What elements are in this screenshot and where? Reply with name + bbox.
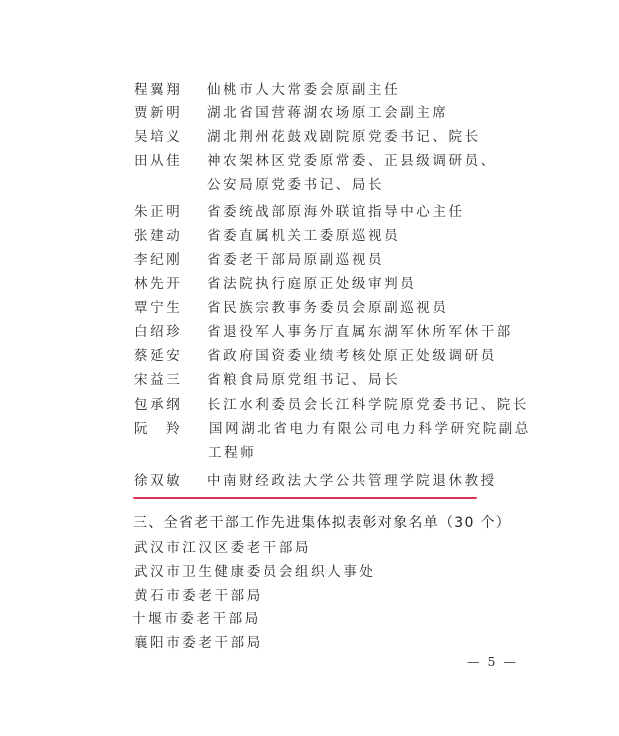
page-number: — 5 —: [467, 652, 518, 672]
document-page: 程翼翔 仙桃市人大常委会原副主任 贾新明 湖北省国营蒋湖农场原工会副主席 吴培义…: [0, 0, 619, 736]
honoree-name: 蔡延安: [134, 345, 204, 367]
honoree-title: 省委老干部局原副巡视员: [207, 249, 384, 271]
honoree-title: 省委直属机关工委原巡视员: [207, 225, 400, 247]
honoree-title: 省民族宗教事务委员会原副巡视员: [207, 297, 449, 319]
honoree-title: 神农架林区党委原常委、正县级调研员、: [207, 150, 497, 172]
honoree-name: 包承纲: [134, 394, 204, 416]
honoree-title: 湖北省国营蒋湖农场原工会副主席: [207, 102, 449, 124]
red-highlight-underline: [133, 497, 477, 499]
honoree-name: 阮 羚: [134, 418, 204, 440]
honoree-title: 省政府国资委业绩考核处原正处级调研员: [207, 345, 497, 367]
honoree-title: 仙桃市人大常委会原副主任: [207, 79, 400, 101]
honoree-title-continued: 工程师: [208, 442, 256, 464]
honoree-name: 白绍珍: [134, 321, 204, 343]
honoree-title: 省法院执行庭原正处级审判员: [207, 273, 416, 295]
honoree-title: 省粮食局原党组书记、局长: [207, 369, 400, 391]
honoree-title: 湖北荆州花鼓戏剧院原党委书记、院长: [207, 126, 481, 148]
honoree-name: 宋益三: [134, 369, 204, 391]
honoree-title: 省退役军人事务厅直属东湖军休所军休干部: [207, 321, 513, 343]
unit-list-item: 武汉市江汉区委老干部局: [134, 537, 311, 559]
unit-list-item: 黄石市委老干部局: [134, 585, 263, 607]
honoree-name: 覃宁生: [134, 297, 204, 319]
unit-list-item: 襄阳市委老干部局: [134, 632, 263, 654]
honoree-name: 李纪刚: [134, 249, 204, 271]
honoree-name: 朱正明: [134, 201, 204, 223]
honoree-name: 徐双敏: [134, 470, 204, 492]
honoree-title: 长江水利委员会长江科学院原党委书记、院长: [207, 394, 529, 416]
honoree-name: 张建动: [134, 225, 204, 247]
honoree-name: 田从佳: [134, 150, 204, 172]
section-heading: 三、全省老干部工作先进集体拟表彰对象名单（30 个）: [133, 512, 511, 534]
honoree-name: 林先开: [134, 273, 204, 295]
honoree-title: 省委统战部原海外联谊指导中心主任: [207, 201, 465, 223]
honoree-name: 贾新明: [134, 102, 204, 124]
honoree-title: 国网湖北省电力有限公司电力科学研究院副总: [209, 418, 531, 440]
honoree-name: 吴培义: [134, 126, 204, 148]
unit-list-item: 武汉市卫生健康委员会组织人事处: [134, 561, 376, 583]
honoree-title-continued: 公安局原党委书记、局长: [207, 174, 384, 196]
honoree-title: 中南财经政法大学公共管理学院退休教授: [207, 470, 497, 492]
unit-list-item: 十堰市委老干部局: [132, 608, 261, 630]
honoree-name: 程翼翔: [134, 79, 204, 101]
